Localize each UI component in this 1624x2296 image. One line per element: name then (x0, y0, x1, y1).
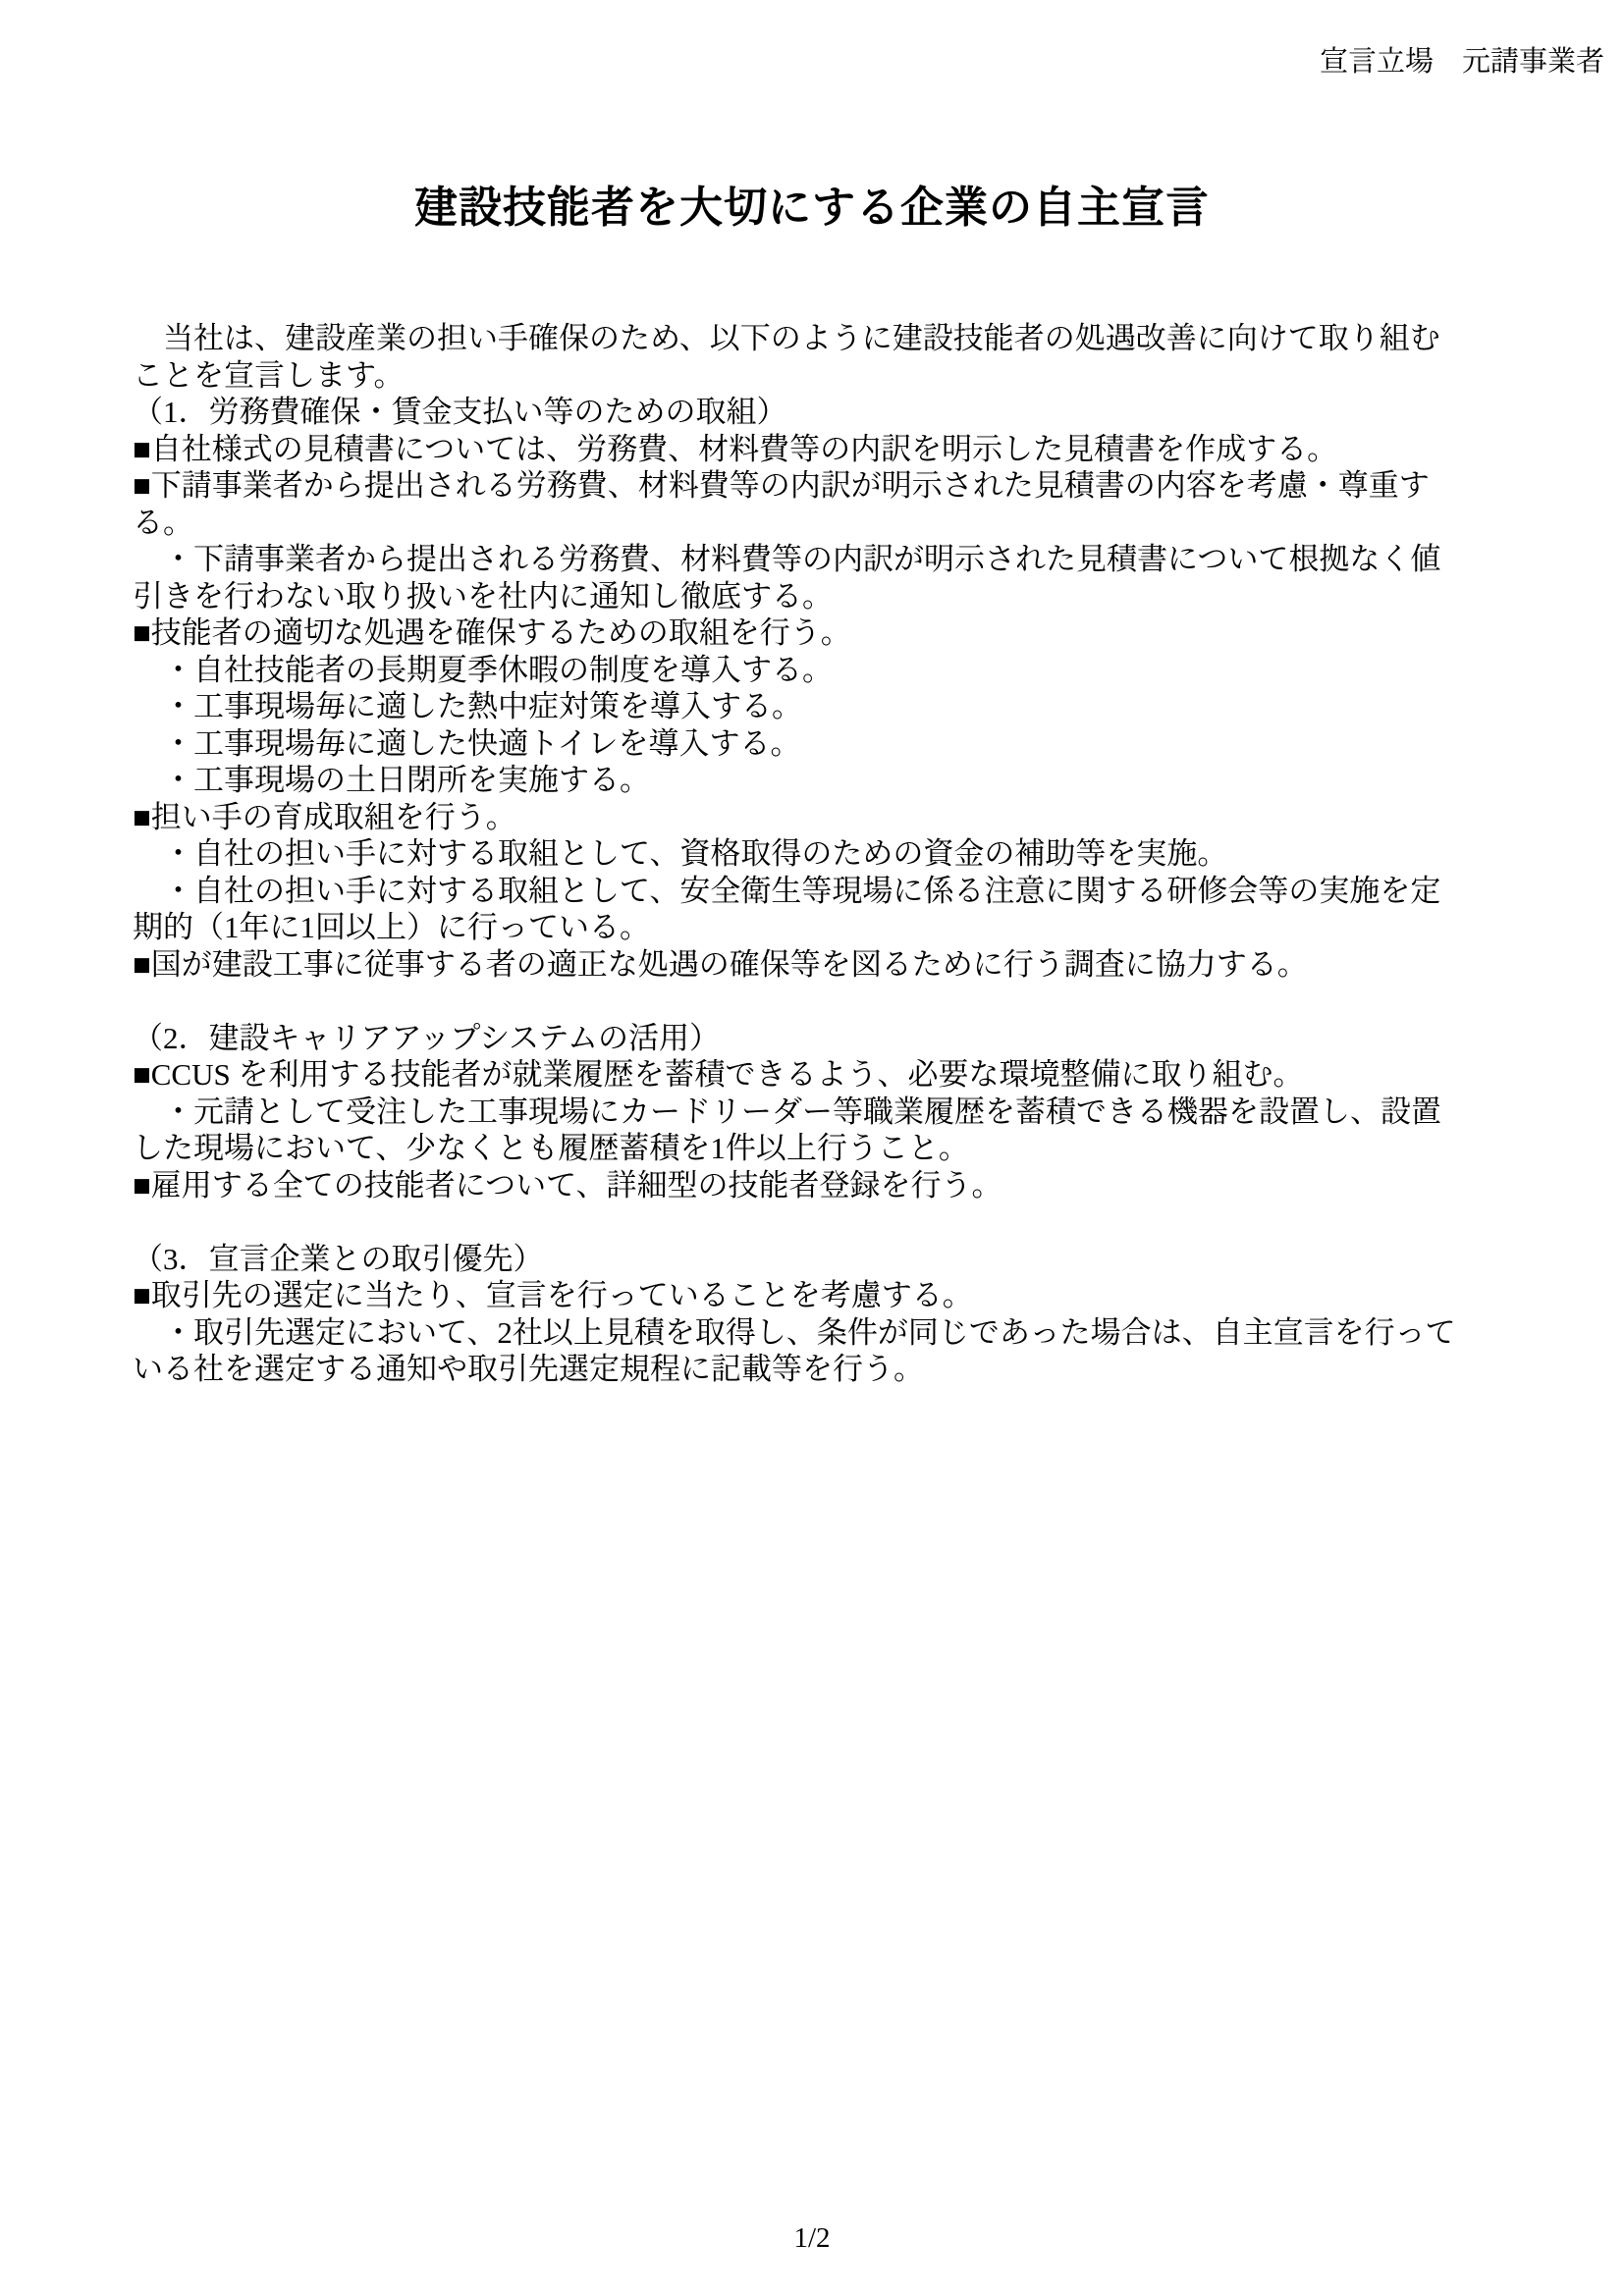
list-item: ・自社の担い手に対する取組として、安全衛生等現場に係る注意に関する研修会等の実施… (133, 873, 1468, 946)
list-item: ■技能者の適切な処遇を確保するための取組を行う。 (133, 614, 1468, 652)
section-trade-priority: （3．宣言企業との取引優先） ■取引先の選定に当たり、宣言を行っていることを考慮… (133, 1241, 1468, 1388)
list-item: ・取引先選定において、2社以上見積を取得し、条件が同じであった場合は、自主宣言を… (133, 1314, 1468, 1388)
list-item: ・工事現場毎に適した熱中症対策を導入する。 (133, 688, 1468, 725)
section-labor-cost: （1．労務費確保・賃金支払い等のための取組） ■自社様式の見積書については、労務… (133, 394, 1468, 983)
list-item: ・工事現場毎に適した快適トイレを導入する。 (133, 725, 1468, 763)
document-body: 当社は、建設産業の担い手確保のため、以下のように建設技能者の処遇改善に向けて取り… (133, 320, 1468, 1388)
list-item: ・自社技能者の長期夏季休暇の制度を導入する。 (133, 652, 1468, 689)
section-heading: （1．労務費確保・賃金支払い等のための取組） (133, 394, 1468, 431)
list-item: ・自社の担い手に対する取組として、資格取得のための資金の補助等を実施。 (133, 835, 1468, 873)
page-title: 建設技能者を大切にする企業の自主宣言 (0, 183, 1624, 234)
list-item: ■雇用する全ての技能者について、詳細型の技能者登録を行う。 (133, 1167, 1468, 1204)
section-heading: （3．宣言企業との取引優先） (133, 1241, 1468, 1278)
section-heading: （2．建設キャリアアップシステムの活用） (133, 1020, 1468, 1057)
list-item: ・元請として受注した工事現場にカードリーダー等職業履歴を蓄積できる機器を設置し、… (133, 1094, 1468, 1167)
page-number: 1/2 (0, 2221, 1624, 2255)
list-item: ■自社様式の見積書については、労務費、材料費等の内訳を明示した見積書を作成する。 (133, 431, 1468, 468)
declaration-position-label: 宣言立場 元請事業者 (1320, 45, 1604, 79)
list-item: ■CCUS を利用する技能者が就業履歴を蓄積できるよう、必要な環境整備に取り組む… (133, 1056, 1468, 1094)
section-ccus: （2．建設キャリアアップシステムの活用） ■CCUS を利用する技能者が就業履歴… (133, 1020, 1468, 1204)
intro-paragraph: 当社は、建設産業の担い手確保のため、以下のように建設技能者の処遇改善に向けて取り… (133, 320, 1468, 394)
list-item: ・工事現場の土日閉所を実施する。 (133, 762, 1468, 799)
list-item: ■国が建設工事に従事する者の適正な処遇の確保等を図るために行う調査に協力する。 (133, 946, 1468, 984)
list-item: ・下請事業者から提出される労務費、材料費等の内訳が明示された見積書について根拠な… (133, 541, 1468, 614)
list-item: ■担い手の育成取組を行う。 (133, 799, 1468, 836)
list-item: ■下請事業者から提出される労務費、材料費等の内訳が明示された見積書の内容を考慮・… (133, 467, 1468, 541)
document-page: 宣言立場 元請事業者 建設技能者を大切にする企業の自主宣言 当社は、建設産業の担… (0, 0, 1624, 2296)
list-item: ■取引先の選定に当たり、宣言を行っていることを考慮する。 (133, 1277, 1468, 1314)
